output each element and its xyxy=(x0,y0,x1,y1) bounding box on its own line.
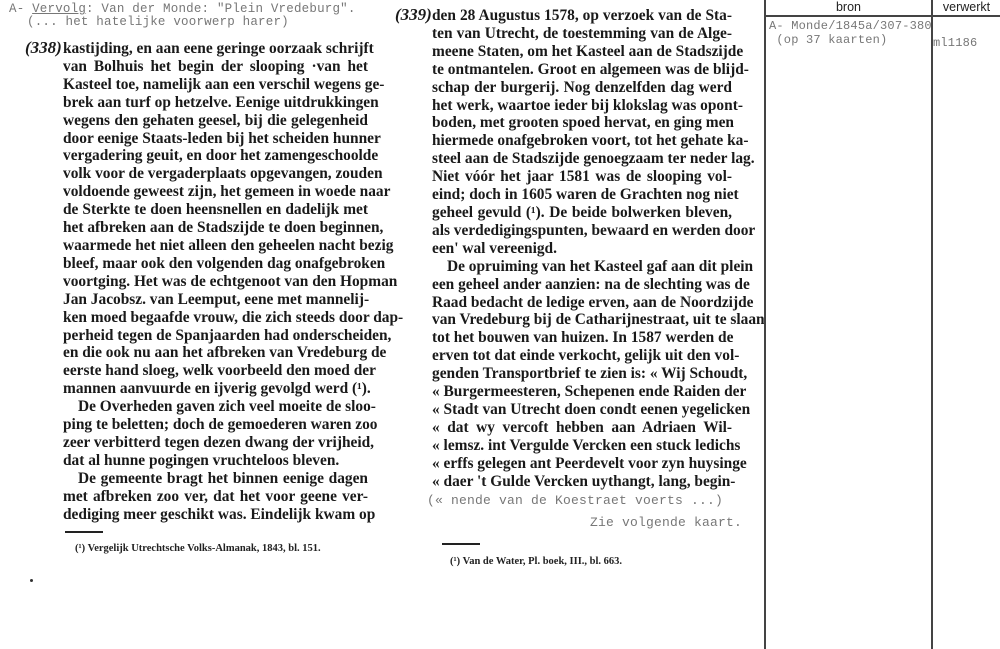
text-line: een' wal vereenigd. xyxy=(432,240,732,258)
text-line: schap der burgerij. Nog denzelfden dag w… xyxy=(432,79,732,97)
text-line: « dat wy vercoft hebben aan Adriaen Wil- xyxy=(432,419,732,437)
footnote-right: (¹) Van de Water, Pl. boek, III., bl. 66… xyxy=(450,556,622,567)
text-line: dediging meer geschikt was. Eindelijk kw… xyxy=(63,506,368,524)
cell-verwerkt: ml1186 xyxy=(933,36,977,50)
page-number-left: (338) xyxy=(25,38,62,58)
text-line: volk voor de vergaderplaats opgevangen, … xyxy=(63,165,368,183)
text-line: ten van Utrecht, de toestemming van de A… xyxy=(432,25,732,43)
text-line: wegens den gehaten geesel, bij die geleg… xyxy=(63,112,368,130)
header-title: : Van der Monde: "Plein Vredeburg". xyxy=(86,2,356,16)
text-line: perheid tegen de Spanjaarden had ondersc… xyxy=(63,327,368,345)
text-line: genden Transportbrief te zien is: « Wij … xyxy=(432,365,732,383)
column-header-verwerkt: verwerkt xyxy=(933,0,1000,14)
text-line: meene Staten, om het Kasteel aan de Stad… xyxy=(432,43,732,61)
footnote-rule-right xyxy=(442,543,480,545)
header-subtitle: (... het hatelijke voorwerp harer) xyxy=(9,15,356,29)
text-line: « Stadt van Utrecht doen condt eenen yeg… xyxy=(432,401,732,419)
text-line: steel aan de Stadszijde genoegzaam ter n… xyxy=(432,150,732,168)
footnote-rule-left xyxy=(65,531,103,533)
text-line: van Bolhuis het begin der slooping ·van … xyxy=(63,58,368,76)
text-line: brek aan turf op hetzelve. Eenige uitdru… xyxy=(63,94,368,112)
page-number-right: (339) xyxy=(395,5,432,25)
text-line: een geheel ander aanzien: na de slechtin… xyxy=(432,276,732,294)
text-line: de Sterkte te doen heensnellen en dadeli… xyxy=(63,201,368,219)
text-line: voortging. Het was de echtgenoot van den… xyxy=(63,273,368,291)
text-line: eerste hand sloeg, welk voorbeeld den mo… xyxy=(63,362,368,380)
left-page-text: kastijding, en aan eene geringe oorzaak … xyxy=(63,40,368,523)
text-line: van Vredeburg bij de Catharijnestraat, u… xyxy=(432,311,732,329)
typed-continuation: (« nende van de Koestraet voerts ...) xyxy=(427,493,723,508)
column-header-bron: bron xyxy=(766,0,931,14)
right-page-text: den 28 Augustus 1578, op verzoek van de … xyxy=(432,7,732,490)
text-line: ping te beletten; doch de gemoederen war… xyxy=(63,416,368,434)
header-title-line: A- Vervolg: Van der Monde: "Plein Vredeb… xyxy=(9,2,356,16)
text-line: den 28 Augustus 1578, op verzoek van de … xyxy=(432,7,732,25)
text-line: « lemsz. int Vergulde Vercken een stuck … xyxy=(432,437,732,455)
text-line: « erffs gelegen ant Peerdevelt voor zyn … xyxy=(432,455,732,473)
text-line: De opruiming van het Kasteel gaf aan dit… xyxy=(432,258,732,276)
text-line: « Burgermeesteren, Schepenen ende Raiden… xyxy=(432,383,732,401)
text-line: Kasteel toe, namelijk aan een verschil w… xyxy=(63,76,368,94)
text-line: mannen aanvuurde en ijverig gevolgd werd… xyxy=(63,380,368,398)
table-border-left xyxy=(764,0,766,649)
text-line: ken moed begaafde vrouw, die zich steeds… xyxy=(63,309,368,327)
text-line: eind; doch in 1605 waren de Grachten nog… xyxy=(432,186,732,204)
text-line: bleef, maar ook den volgenden dag onafge… xyxy=(63,255,368,273)
footnote-left: (¹) Vergelijk Utrechtsche Volks-Almanak,… xyxy=(75,543,321,554)
text-line: Raad bedacht de ledige erven, aan de Noo… xyxy=(432,294,732,312)
text-line: hiermede onafgebroken voort, tot het geh… xyxy=(432,132,732,150)
text-line: waarmede het niet alleen den geheelen na… xyxy=(63,237,368,255)
text-line: De Overheden gaven zich veel moeite de s… xyxy=(63,398,368,416)
table-header-rule xyxy=(764,15,1000,17)
text-line: te ontmantelen. Groot en algemeen was de… xyxy=(432,61,732,79)
text-line: « daer 't Gulde Vercken uythangt, lang, … xyxy=(432,473,732,491)
text-line: het werk, waartoe ieder bij klokslag was… xyxy=(432,97,732,115)
cell-bron-line1: A- Monde/1845a/307-380 xyxy=(769,19,932,33)
text-line: De gemeente bragt het binnen eenige dage… xyxy=(63,470,368,488)
text-line: vergadering geuit, en door het zamengesc… xyxy=(63,147,368,165)
text-line: voldoende geweest zijn, het gemeen in wo… xyxy=(63,183,368,201)
text-line: erven tot dat einde verkocht, gelijk uit… xyxy=(432,347,732,365)
text-line: zeer verbitterd tegen dezen dwang der vr… xyxy=(63,434,368,452)
text-line: dat al hunne pogingen vruchteloos bleven… xyxy=(63,452,368,470)
text-line: boden, met grooten spoed hervat, en ging… xyxy=(432,114,732,132)
header-vervolg: Vervolg xyxy=(32,2,86,16)
text-line: tot het bouwen van huizen. In 1587 werde… xyxy=(432,329,732,347)
table-column-divider xyxy=(931,0,933,649)
text-line: Niet vóór het jaar 1581 was de slooping … xyxy=(432,168,732,186)
text-line: met afbreken zoo ver, dat het voor geene… xyxy=(63,488,368,506)
text-line: geheel gevuld (¹). De beide bolwerken bl… xyxy=(432,204,732,222)
scan-speck xyxy=(30,579,33,582)
text-line: het afbreken aan de Stadszijde te doen b… xyxy=(63,219,368,237)
card-header: A- Vervolg: Van der Monde: "Plein Vredeb… xyxy=(9,2,356,29)
text-line: en die ook nu aan het afbreken van Vrede… xyxy=(63,344,368,362)
header-prefix: A- xyxy=(9,2,32,16)
text-line: kastijding, en aan eene geringe oorzaak … xyxy=(63,40,368,58)
text-line: als verdedigingspunten, bewaard en werde… xyxy=(432,222,732,240)
cell-bron-line2: (op 37 kaarten) xyxy=(769,33,887,47)
text-line: Jan Jacobsz. van Leemput, eene met manne… xyxy=(63,291,368,309)
typed-see-next-card: Zie volgende kaart. xyxy=(590,515,742,530)
text-line: door eenige Staats-leden bij het scheide… xyxy=(63,130,368,148)
